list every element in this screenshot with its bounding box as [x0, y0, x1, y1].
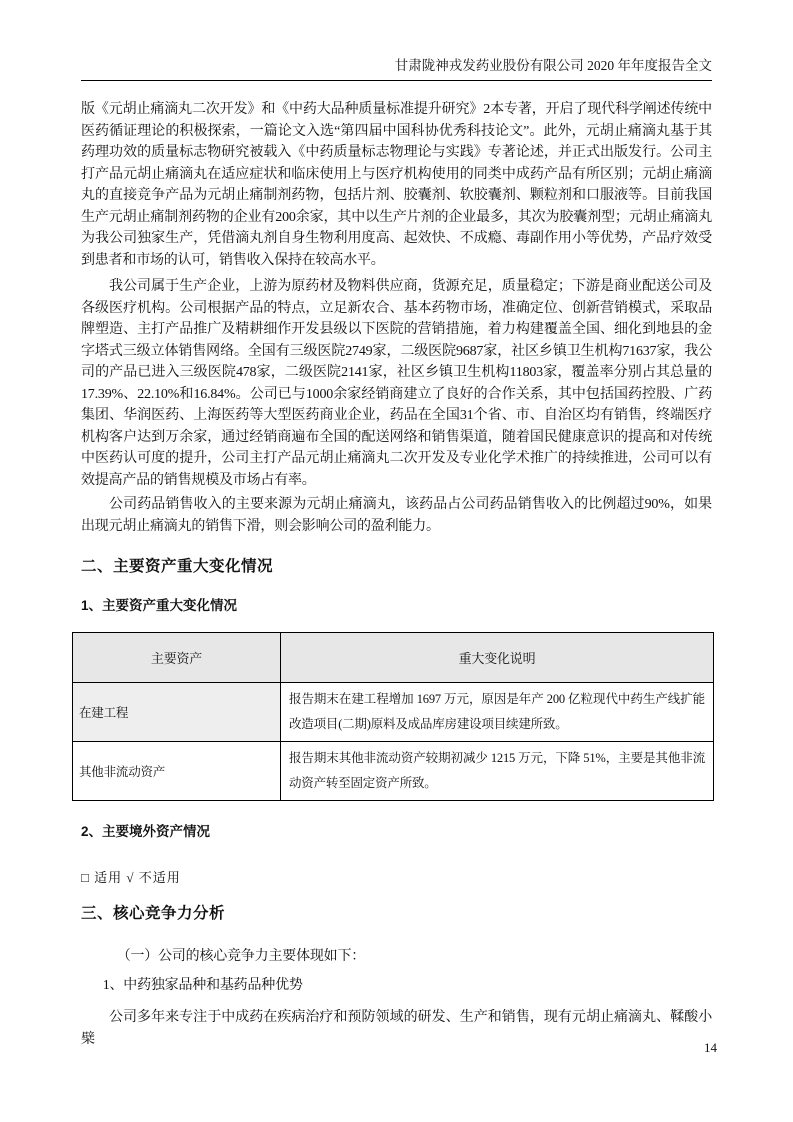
table-header-change-description: 重大变化说明 — [281, 633, 714, 683]
report-page: 甘肃陇神戎发药业股份有限公司 2020 年年度报告全文 版《元胡止痛滴丸二次开发… — [0, 0, 793, 1122]
subsection-heading-major-asset-changes: 1、主要资产重大变化情况 — [81, 597, 712, 615]
asset-name-cell: 其他非流动资产 — [73, 742, 281, 801]
section-heading-major-assets: 二、主要资产重大变化情况 — [81, 556, 712, 578]
table-header-asset: 主要资产 — [73, 633, 281, 683]
paragraph-intro-continuation: 版《元胡止痛滴丸二次开发》和《中药大品种质量标准提升研究》2本专著，开启了现代科… — [81, 99, 712, 271]
running-header: 甘肃陇神戎发药业股份有限公司 2020 年年度报告全文 — [81, 0, 712, 81]
paragraph-revenue-concentration: 公司药品销售收入的主要来源为元胡止痛滴丸，该药品占公司药品销售收入的比例超过90… — [81, 494, 712, 537]
asset-change-cell: 报告期末在建工程增加 1697 万元，原因是年产 200 亿粒现代中药生产线扩能… — [281, 683, 714, 742]
section-heading-core-competitiveness: 三、核心竞争力分析 — [81, 903, 712, 925]
page-number: 14 — [704, 1040, 717, 1056]
major-assets-table: 主要资产 重大变化说明 在建工程 报告期末在建工程增加 1697 万元，原因是年… — [72, 632, 714, 801]
applicability-statement: □ 适用 √ 不适用 — [81, 869, 712, 887]
asset-name-cell: 在建工程 — [73, 683, 281, 742]
table-row: 其他非流动资产 报告期末其他非流动资产较期初减少 1215 万元，下降 51%，… — [73, 742, 714, 801]
core-competitiveness-point-1: 1、中药独家品种和基药品种优势 — [81, 975, 712, 997]
table-header-row: 主要资产 重大变化说明 — [73, 633, 714, 683]
subsection-heading-overseas-assets: 2、主要境外资产情况 — [81, 823, 712, 841]
core-competitiveness-intro: （一）公司的核心竞争力主要体现如下： — [81, 946, 712, 968]
page-content: 甘肃陇神戎发药业股份有限公司 2020 年年度报告全文 版《元胡止痛滴丸二次开发… — [81, 0, 712, 1050]
paragraph-supply-chain: 我公司属于生产企业，上游为原药材及物料供应商，货源充足，质量稳定；下游是商业配送… — [81, 276, 712, 491]
table-row: 在建工程 报告期末在建工程增加 1697 万元，原因是年产 200 亿粒现代中药… — [73, 683, 714, 742]
asset-change-cell: 报告期末其他非流动资产较期初减少 1215 万元，下降 51%，主要是其他非流动… — [281, 742, 714, 801]
core-competitiveness-paragraph: 公司多年来专注于中成药在疾病治疗和预防领域的研发、生产和销售，现有元胡止痛滴丸、… — [81, 1007, 712, 1050]
